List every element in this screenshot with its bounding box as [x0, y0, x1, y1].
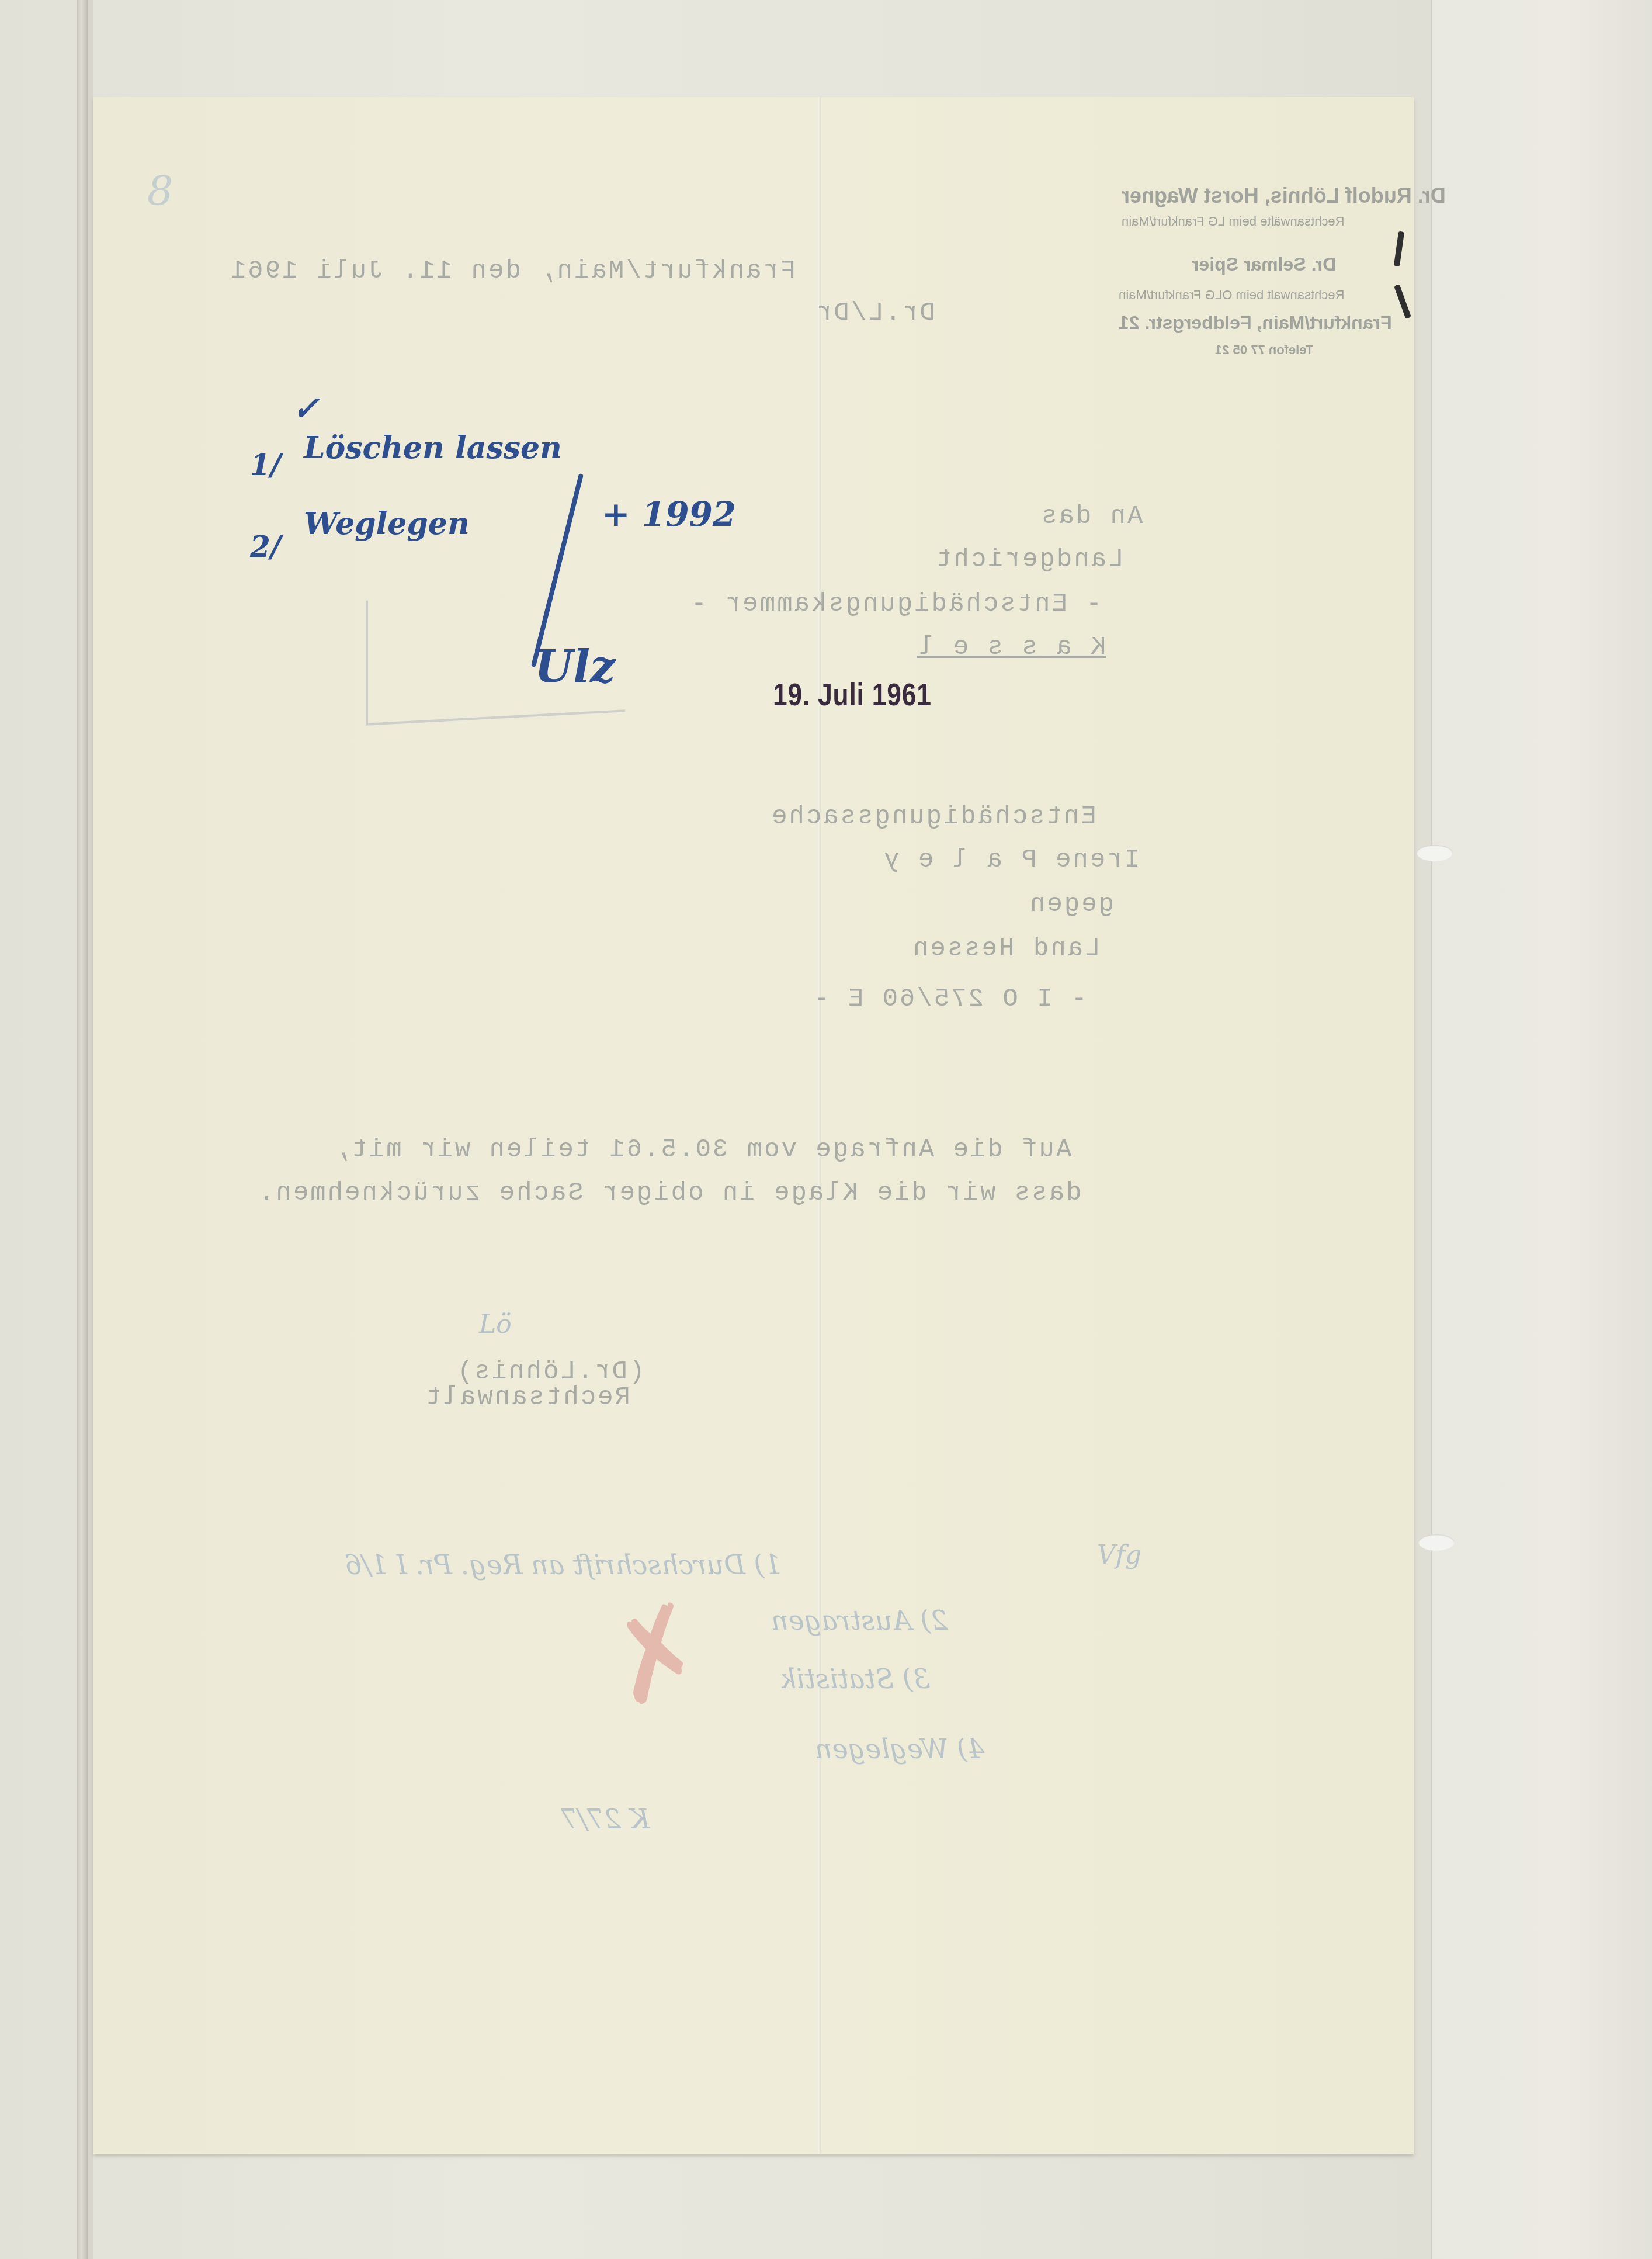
body-line2: dass wir die Klage in obiger Sache zurüc… — [257, 1180, 1081, 1206]
subject-line3: gegen — [1028, 892, 1114, 917]
letterhead-line3: Dr. Selmar Spier — [1192, 254, 1336, 275]
received-date-stamp: 19. Juli 1961 — [773, 677, 932, 713]
letterhead-line2: Rechtsanwälte beim LG Frankfurt/Main — [1122, 214, 1345, 229]
pencil-initial: K 27/7 — [561, 1803, 650, 1835]
note2-text: Weglegen — [304, 506, 470, 542]
letter-page: 8 Dr. Rudolf Löhnis, Horst Wagner Rechts… — [93, 97, 1414, 2154]
subject-line1: Entschädigungssache — [770, 804, 1096, 830]
body-line1: Auf die Anfrage vom 30.5.61 teilen wir m… — [333, 1137, 1071, 1163]
note2-number: 2/ — [250, 529, 281, 564]
pencil-item1: 1) Durchschrift an Reg. Pr. I 1/6 — [345, 1549, 782, 1581]
recipient-line2: Landgericht — [935, 547, 1123, 573]
note1-number: 1/ — [250, 448, 281, 482]
handwritten-initials: Ulz — [535, 640, 615, 692]
pencil-item4: 4) Weglegen — [815, 1733, 984, 1765]
subject-line2: Irene P a l e y — [882, 847, 1140, 873]
binder-edge — [77, 0, 88, 2259]
recipient-line3: - Entschädigungskammer - — [689, 591, 1102, 617]
reference-code: Dr.L/Dr — [815, 300, 935, 326]
letterhead-line1: Dr. Rudolf Löhnis, Horst Wagner — [1122, 183, 1446, 208]
staple-top — [1394, 231, 1404, 267]
staple-bottom — [1394, 284, 1411, 319]
paper-fold-crease — [818, 97, 821, 2154]
letterhead-line6: Telefon 77 05 21 — [1215, 342, 1313, 358]
subject-line5: - I O 275/60 E - — [812, 986, 1087, 1012]
letterhead-line4: Rechtsanwalt beim OLG Frankfurt/Main — [1119, 287, 1344, 303]
check-mark: ✓ — [292, 389, 320, 428]
pencil-item2: 2) Austragen — [771, 1605, 948, 1636]
underlying-page — [1431, 0, 1652, 2259]
signature-initials: Lö — [479, 1309, 512, 1339]
note1-text: Löschen lassen — [304, 430, 562, 466]
closing-title: Rechtsanwalt — [424, 1385, 630, 1411]
dateline: Frankfurt/Main, den 11. Juli 1961 — [229, 258, 796, 284]
binder-edge-inner — [88, 0, 93, 2259]
pencil-header: Vfg — [1097, 1540, 1141, 1570]
recipient-line1: An das — [1040, 504, 1143, 529]
red-pencil-cross: ✗ — [587, 1574, 726, 1735]
recipient-line4: K a s s e l — [917, 635, 1106, 660]
letterhead-line5: Frankfurt/Main, Feldbergstr. 21 — [1119, 312, 1392, 334]
closing-name: (Dr.Löhnis) — [456, 1359, 644, 1385]
subject-line4: Land Hessen — [911, 936, 1100, 962]
punch-hole-lower — [1418, 1534, 1455, 1551]
pencil-item3: 3) Statistik — [780, 1663, 930, 1695]
punch-hole-upper — [1417, 845, 1453, 861]
page-number: 8 — [147, 167, 173, 215]
plus-number: + 1992 — [602, 494, 736, 534]
